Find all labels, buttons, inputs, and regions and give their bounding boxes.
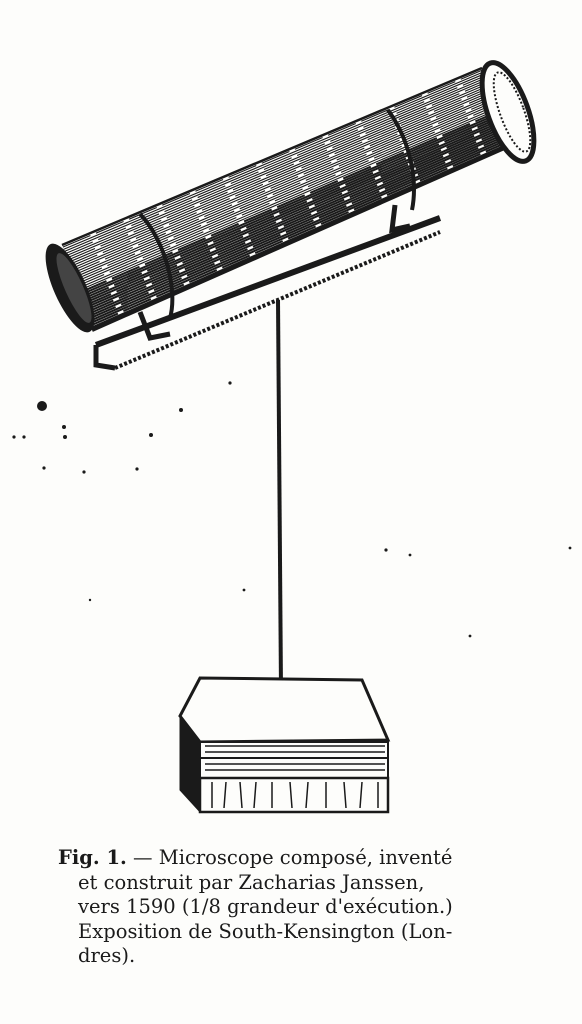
caption-line-5: dres).: [58, 944, 558, 969]
print-speckles: [12, 381, 571, 637]
caption-line-2: et construit par Zacharias Janssen,: [58, 871, 558, 896]
figure-caption: Fig. 1. — Microscope composé, inventé et…: [58, 846, 558, 969]
stand-pillar: [278, 300, 281, 690]
microscope-engraving-icon: [0, 0, 582, 830]
caption-line-4: Exposition de South-Kensington (Lon-: [58, 920, 558, 945]
caption-line-3: vers 1590 (1/8 grandeur d'exécution.): [58, 895, 558, 920]
figure-label: Fig. 1.: [58, 846, 127, 869]
caption-line-1: Fig. 1. — Microscope composé, inventé: [58, 846, 558, 871]
base-block: [180, 678, 388, 812]
microscope-illustration: [0, 0, 582, 830]
